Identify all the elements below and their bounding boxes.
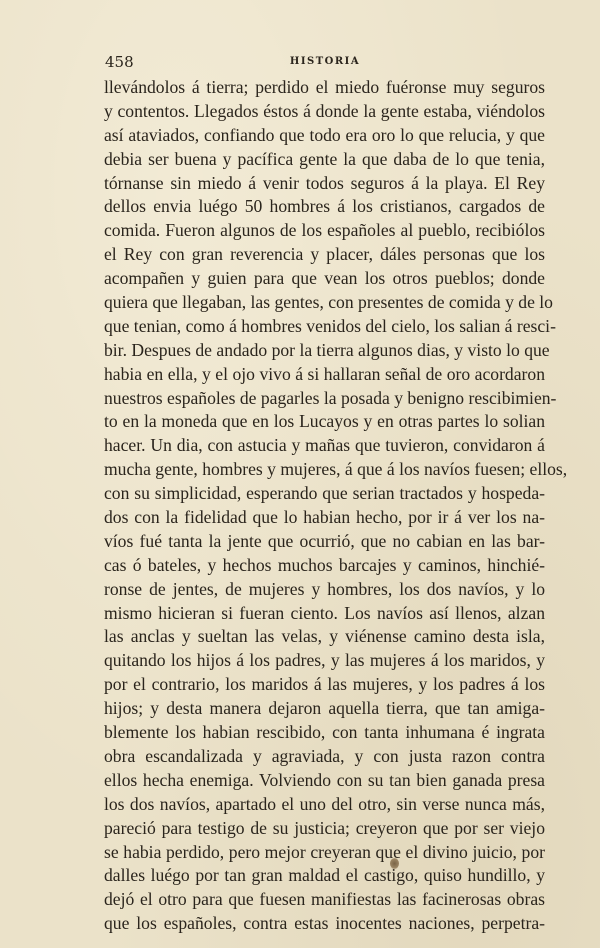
- text-line: dellos envia luégo 50 hombres á los cris…: [104, 195, 545, 219]
- text-line: que los españoles, contra estas inocente…: [104, 912, 545, 936]
- text-line: debia ser buena y pacífica gente la que …: [104, 148, 545, 172]
- paper-blemish: [390, 858, 399, 869]
- text-line: ronse de jentes, de mujeres y hombres, l…: [104, 578, 545, 602]
- text-line: cas ó bateles, y hechos muchos barcajes …: [104, 554, 545, 578]
- text-line: nuestros españoles de pagarles la posada…: [104, 387, 545, 411]
- text-line: comida. Fueron algunos de los españoles …: [104, 219, 545, 243]
- text-line: pareció para testigo de su justicia; cre…: [104, 817, 545, 841]
- text-line: quitando los hijos á los padres, y las m…: [104, 649, 545, 673]
- text-line: blemente los habian rescibido, con tanta…: [104, 721, 545, 745]
- text-line: dos con la fidelidad que lo habian hecho…: [104, 506, 545, 530]
- text-line: ellos hecha enemiga. Volviendo con su ta…: [104, 769, 545, 793]
- text-line: hijos; y desta manera dejaron aquella ti…: [104, 697, 545, 721]
- text-line: obra escandalizada y agraviada, y con ju…: [104, 745, 545, 769]
- text-line: víos fué tanta la jente que ocurrió, que…: [104, 530, 545, 554]
- text-line: bir. Despues de andado por la tierra alg…: [104, 339, 545, 363]
- text-line: mismo hicieran si fueran ciento. Los nav…: [104, 602, 545, 626]
- text-line: las anclas y sueltan las velas, y viénen…: [104, 625, 545, 649]
- text-line: to en la moneda que en los Lucayos y en …: [104, 410, 545, 434]
- text-line: llevándolos á tierra; perdido el miedo f…: [104, 76, 545, 100]
- text-line: dejó el otro para que fuesen manifiestas…: [104, 888, 545, 912]
- page-header: 458 HISTORIA: [105, 53, 545, 73]
- text-line: dalles luégo por tan gran maldad el cast…: [104, 864, 545, 888]
- text-line: por el contrario, los maridos á las muje…: [104, 673, 545, 697]
- text-line: hacer. Un dia, con astucia y mañas que t…: [104, 434, 545, 458]
- body-text: llevándolos á tierra; perdido el miedo f…: [104, 76, 545, 936]
- text-line: con su simplicidad, esperando que serian…: [104, 482, 545, 506]
- text-line: y contentos. Llegados éstos á donde la g…: [104, 100, 545, 124]
- text-line: que tenian, como á hombres venidos del c…: [104, 315, 545, 339]
- text-line: el Rey con gran reverencia y placer, dál…: [104, 243, 545, 267]
- running-title: HISTORIA: [105, 56, 545, 67]
- text-line: los dos navíos, apartado el uno del otro…: [104, 793, 545, 817]
- book-page: 458 HISTORIA llevándolos á tierra; perdi…: [0, 0, 600, 948]
- text-line: quiera que llegaban, las gentes, con pre…: [104, 291, 545, 315]
- text-line: se habia perdido, pero mejor creyeran qu…: [104, 841, 545, 865]
- text-line: acompañen y guien para que vean los otro…: [104, 267, 545, 291]
- text-line: así ataviados, confiando que todo era or…: [104, 124, 545, 148]
- text-line: habia en ella, y el ojo vivo á si hallar…: [104, 363, 545, 387]
- text-line: mucha gente, hombres y mujeres, á que á …: [104, 458, 545, 482]
- text-line: tórnanse sin miedo á venir todos seguros…: [104, 172, 545, 196]
